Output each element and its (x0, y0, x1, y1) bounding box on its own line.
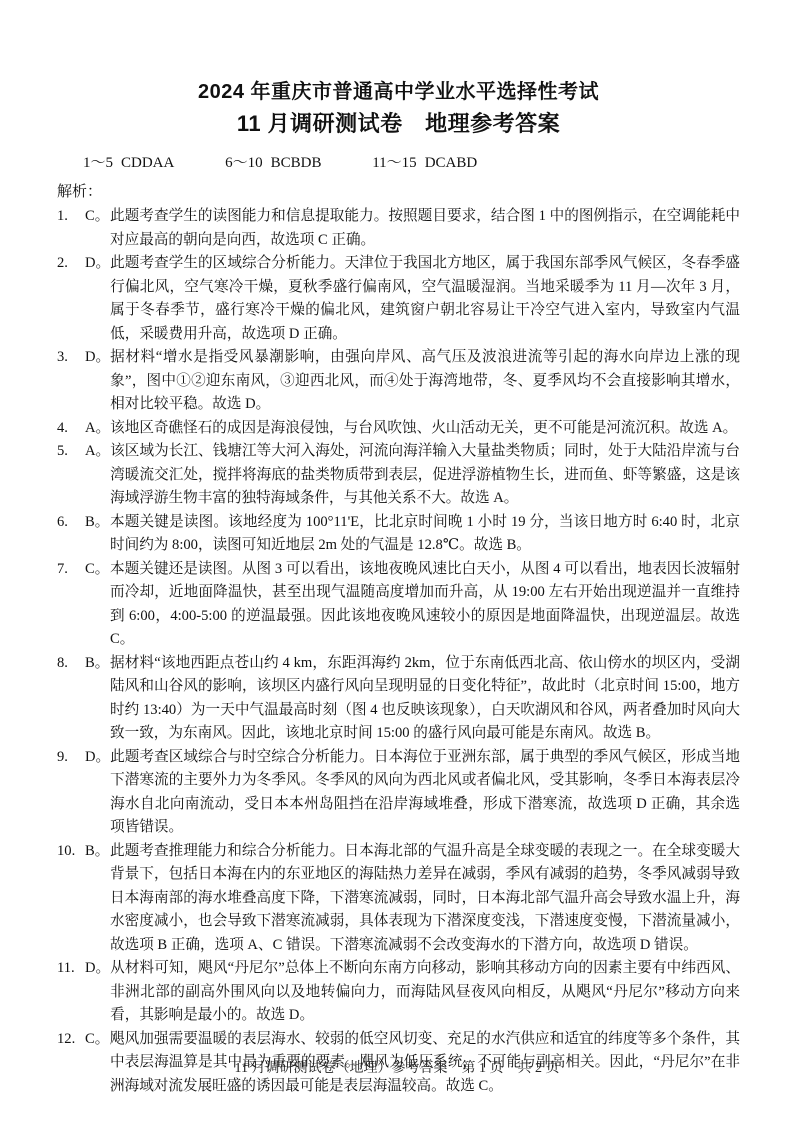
explanation-item-3: 3. D。 据材料“增水是指受风暴潮影响，由强向岸风、高气压及波浪进流等引起的海… (57, 346, 740, 417)
item-text: 此题考查推理能力和综合分析能力。日本海北部的气温升高是全球变暖的表现之一。在全球… (110, 840, 740, 958)
item-answer: C。 (85, 558, 110, 652)
answer-key-group: 1～5CDDAA (83, 152, 174, 174)
item-number: 6. (57, 511, 85, 558)
item-text: 此题考查区域综合与时空综合分析能力。日本海位于亚洲东部，属于典型的季风气候区，形… (110, 746, 740, 840)
item-number: 3. (57, 346, 85, 417)
answer-key-row: 1～5CDDAA 6～10BCBDB 11～15DCABD (57, 152, 740, 174)
item-answer: D。 (85, 346, 110, 417)
answer-key-group: 11～15DCABD (372, 152, 477, 174)
explanation-item-8: 8. B。 据材料“该地西距点苍山约 4 km，东距洱海约 2km，位于东南低西… (57, 652, 740, 746)
item-text: 据材料“增水是指受风暴潮影响，由强向岸风、高气压及波浪进流等引起的海水向岸边上涨… (110, 346, 740, 417)
exam-answer-page: 2024 年重庆市普通高中学业水平选择性考试 11 月调研测试卷 地理参考答案 … (0, 0, 794, 1098)
item-number: 7. (57, 558, 85, 652)
item-text: 此题考查学生的读图能力和信息提取能力。按照题目要求，结合图 1 中的图例指示，在… (110, 205, 740, 252)
item-answer: C。 (85, 205, 110, 252)
page-title: 2024 年重庆市普通高中学业水平选择性考试 (57, 78, 740, 106)
explanation-item-2: 2. D。 此题考查学生的区域综合分析能力。天津位于我国北方地区，属于我国东部季… (57, 252, 740, 346)
item-text: 该地区奇礁怪石的成因是海浪侵蚀，与台风吹蚀、火山活动无关，更不可能是河流沉积。故… (110, 417, 740, 441)
answer-letters: CDDAA (121, 155, 174, 171)
explanation-item-7: 7. C。 本题关键还是读图。从图 3 可以看出，该地夜晚风速比白天小，从图 4… (57, 558, 740, 652)
answer-range: 6～10 (225, 155, 263, 171)
item-answer: B。 (85, 840, 110, 958)
item-number: 9. (57, 746, 85, 840)
item-number: 2. (57, 252, 85, 346)
explanation-item-4: 4. A。 该地区奇礁怪石的成因是海浪侵蚀，与台风吹蚀、火山活动无关，更不可能是… (57, 417, 740, 441)
item-answer: B。 (85, 652, 110, 746)
item-number: 10. (57, 840, 85, 958)
explanation-item-5: 5. A。 该区域为长江、钱塘江等大河入海处，河流向海洋输入大量盐类物质；同时，… (57, 440, 740, 511)
item-number: 11. (57, 957, 85, 1028)
item-text: 此题考查学生的区域综合分析能力。天津位于我国北方地区，属于我国东部季风气候区，冬… (110, 252, 740, 346)
explanation-item-6: 6. B。 本题关键是读图。该地经度为 100°11'E，比北京时间晚 1 小时… (57, 511, 740, 558)
item-answer: A。 (85, 417, 110, 441)
item-text: 本题关键是读图。该地经度为 100°11'E，比北京时间晚 1 小时 19 分，… (110, 511, 740, 558)
answer-range: 1～5 (83, 155, 113, 171)
page-subtitle: 11 月调研测试卷 地理参考答案 (57, 109, 740, 139)
explanation-item-1: 1. C。 此题考查学生的读图能力和信息提取能力。按照题目要求，结合图 1 中的… (57, 205, 740, 252)
item-text: 本题关键还是读图。从图 3 可以看出，该地夜晚风速比白天小，从图 4 可以看出，… (110, 558, 740, 652)
explanation-list: 1. C。 此题考查学生的读图能力和信息提取能力。按照题目要求，结合图 1 中的… (57, 205, 740, 1098)
item-number: 1. (57, 205, 85, 252)
explanation-item-10: 10. B。 此题考查推理能力和综合分析能力。日本海北部的气温升高是全球变暖的表… (57, 840, 740, 958)
explanation-item-9: 9. D。 此题考查区域综合与时空综合分析能力。日本海位于亚洲东部，属于典型的季… (57, 746, 740, 840)
item-answer: B。 (85, 511, 110, 558)
answer-range: 11～15 (372, 155, 416, 171)
analysis-heading: 解析： (57, 181, 740, 204)
item-answer: A。 (85, 440, 110, 511)
page-footer: 11 月调研测试卷（地理）参考答案 第 1 页 共 2 页 (0, 1059, 794, 1079)
item-text: 该区域为长江、钱塘江等大河入海处，河流向海洋输入大量盐类物质；同时，处于大陆沿岸… (110, 440, 740, 511)
item-text: 据材料“该地西距点苍山约 4 km，东距洱海约 2km，位于东南低西北高、依山傍… (110, 652, 740, 746)
answer-key-group: 6～10BCBDB (225, 152, 321, 174)
item-number: 8. (57, 652, 85, 746)
answer-letters: DCABD (425, 155, 478, 171)
answer-letters: BCBDB (271, 155, 322, 171)
item-answer: D。 (85, 957, 110, 1028)
explanation-item-11: 11. D。 从材料可知，飓风“丹尼尔”总体上不断向东南方向移动，影响其移动方向… (57, 957, 740, 1028)
item-text: 从材料可知，飓风“丹尼尔”总体上不断向东南方向移动，影响其移动方向的因素主要有中… (110, 957, 740, 1028)
item-number: 4. (57, 417, 85, 441)
item-answer: D。 (85, 746, 110, 840)
item-answer: D。 (85, 252, 110, 346)
item-number: 5. (57, 440, 85, 511)
